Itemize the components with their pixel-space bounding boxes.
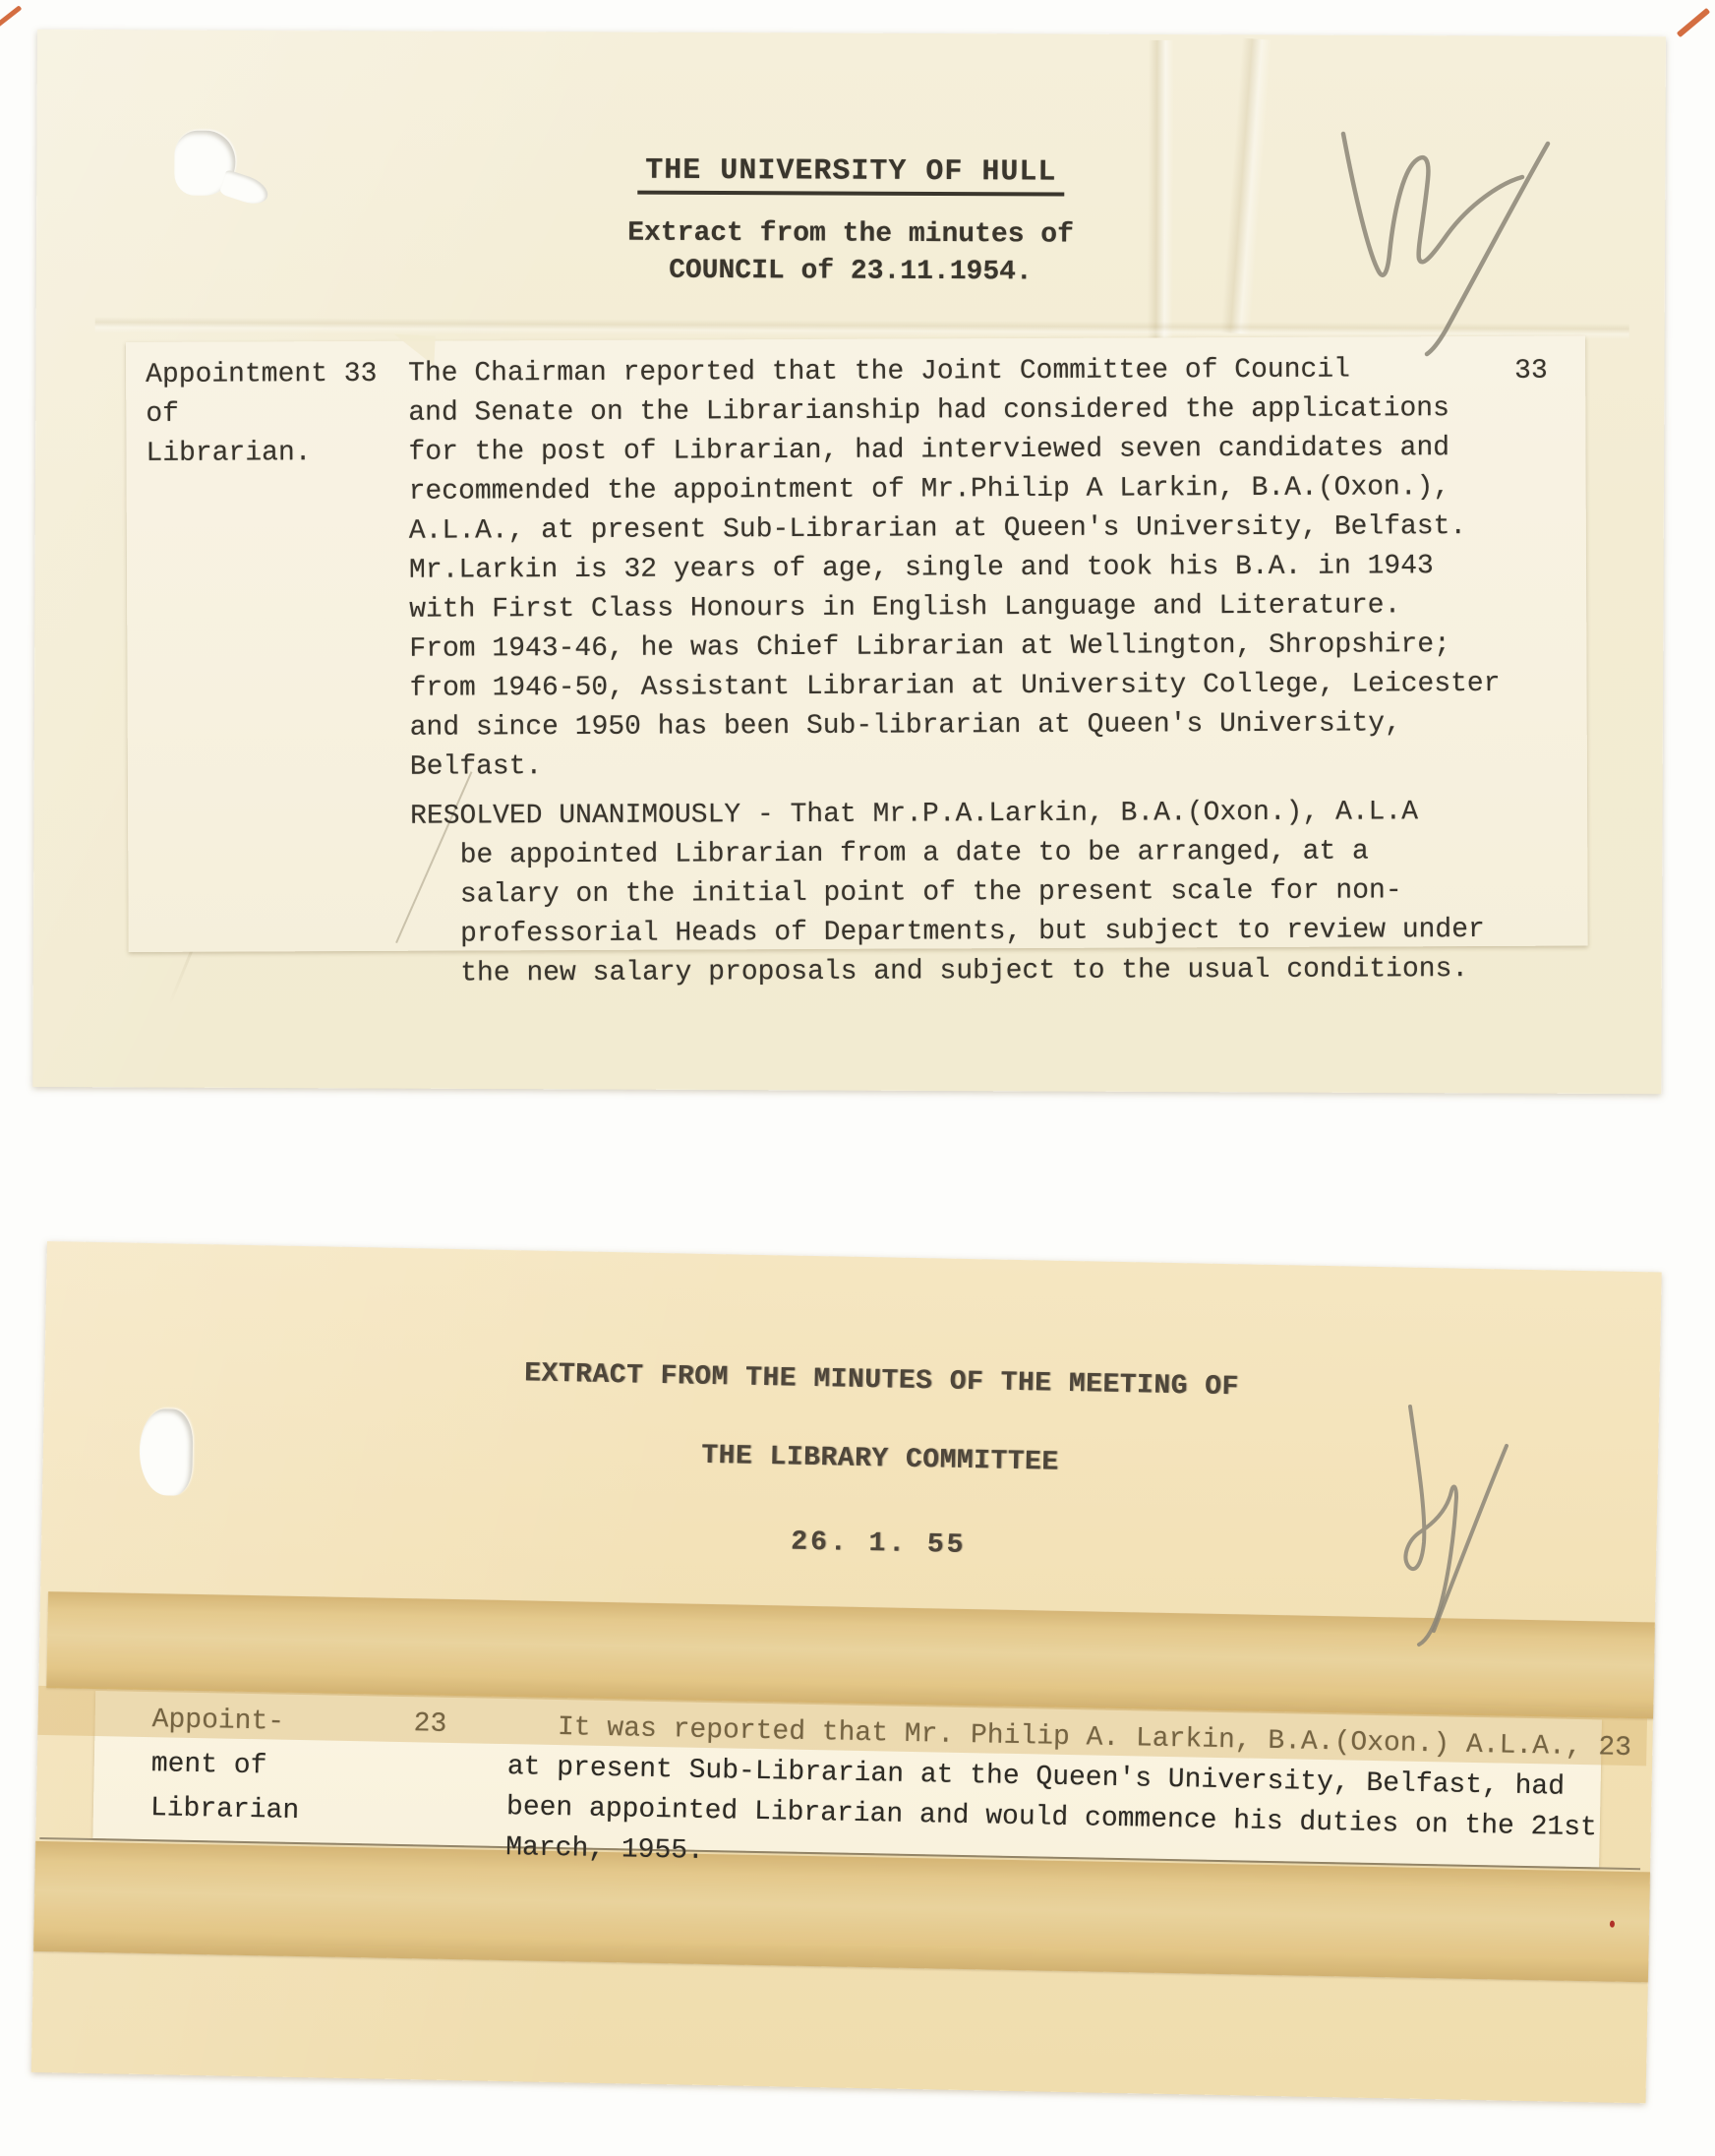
- pencil-initial-annotation: [1389, 1395, 1526, 1650]
- resolution-paragraph: RESOLVED UNANIMOUSLY - That Mr.P.A.Larki…: [410, 793, 1485, 994]
- crease: [1148, 40, 1174, 365]
- pasted-minute-slip: Appointment 33 of Librarian. 33 The Chai…: [126, 336, 1588, 952]
- university-title-text: THE UNIVERSITY OF HULL: [637, 154, 1064, 197]
- minute-body: The Chairman reported that the Joint Com…: [408, 350, 1501, 788]
- margin-note: Appointment 33 of Librarian.: [146, 355, 378, 474]
- pencil-checkmark-annotation: [1318, 108, 1573, 374]
- corner-mark-left: [0, 5, 22, 27]
- corner-mark-right: [1677, 8, 1710, 37]
- bottom-document-paper: EXTRACT FROM THE MINUTES OF THE MEETING …: [31, 1241, 1662, 2103]
- scanned-page: THE UNIVERSITY OF HULL Extract from the …: [0, 0, 1715, 2156]
